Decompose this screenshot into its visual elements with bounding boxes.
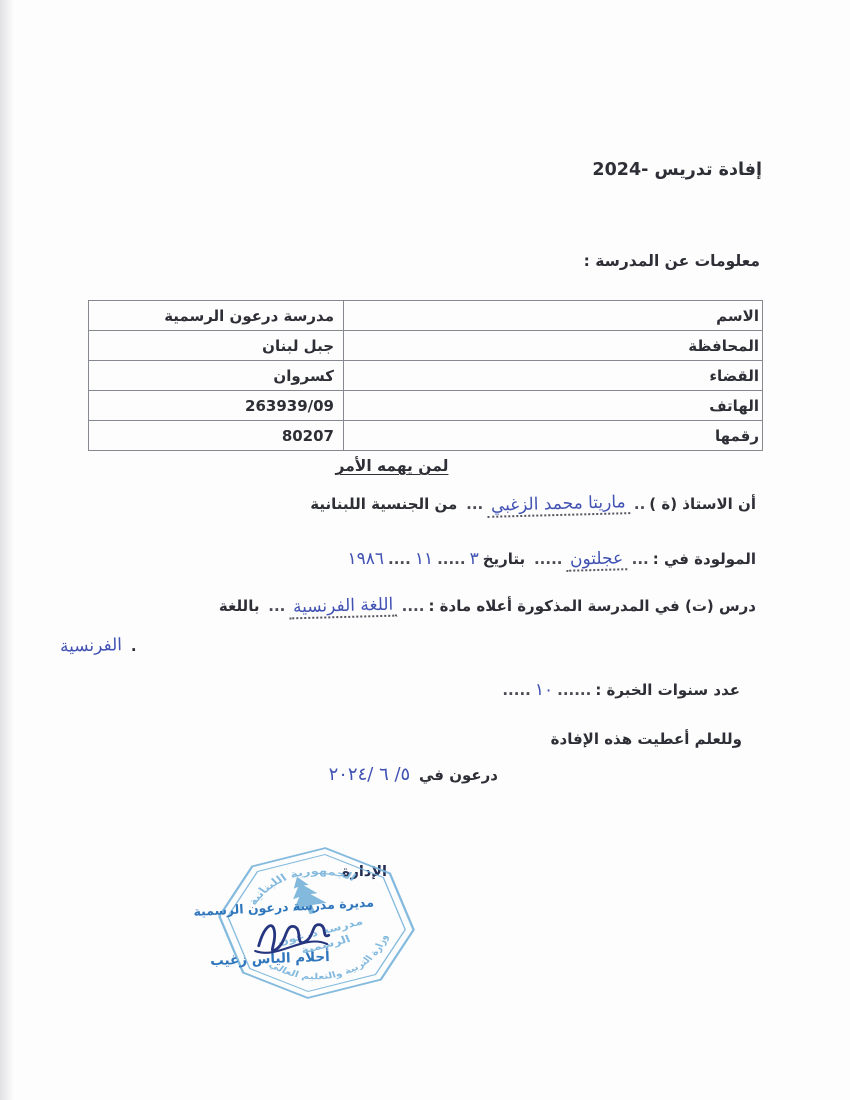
handwritten-birth-year: ١٩٨٦ bbox=[347, 549, 384, 569]
school-info-table: الاسم مدرسة درعون الرسمية المحافظة جبل ل… bbox=[88, 300, 763, 451]
scanned-document-page: إفادة تدريس -2024 معلومات عن المدرسة : ا… bbox=[0, 0, 850, 1100]
issue-place-label: درعون في bbox=[419, 766, 498, 784]
table-row: المحافظة جبل لبنان bbox=[89, 331, 763, 361]
signature-underline-stroke bbox=[255, 941, 327, 952]
experience-line-prefix: عدد سنوات الخبرة : bbox=[595, 681, 740, 699]
leader-dots: .... bbox=[388, 550, 411, 568]
handwritten-birth-month: ١١ bbox=[415, 549, 433, 569]
birth-line-prefix: المولودة في : bbox=[653, 550, 756, 568]
handwritten-subject: اللغة الفرنسية bbox=[289, 595, 398, 620]
row-label: الاسم bbox=[344, 301, 763, 331]
row-label: القضاء bbox=[344, 361, 763, 391]
row-value: كسروان bbox=[89, 361, 344, 391]
taught-line-suffix: باللغة bbox=[219, 597, 260, 615]
handwritten-birthplace: عجلتون bbox=[566, 548, 628, 572]
statement-line-teacher: أن الاستاذ (ة )..ماريتا محمد الزغبي... م… bbox=[308, 494, 758, 516]
birth-date-label: بتاريخ bbox=[483, 550, 525, 568]
statement-line-issuance: وللعلم أعطيت هذه الإفادة bbox=[551, 730, 742, 748]
table-row: القضاء كسروان bbox=[89, 361, 763, 391]
statement-line-language-continuation: . الفرنسية bbox=[58, 636, 139, 656]
handwritten-teacher-name: ماريتا محمد الزغبي bbox=[487, 492, 630, 518]
language-period: . bbox=[131, 637, 137, 655]
leader-dots: ... bbox=[632, 550, 649, 568]
leader-dots: ... bbox=[268, 597, 285, 615]
leader-dots: .... bbox=[402, 597, 425, 615]
issue-date-line: درعون في ٥/ ٦ /٢٠٢٤ bbox=[327, 764, 500, 785]
page-title: إفادة تدريس -2024 bbox=[592, 160, 762, 180]
handwritten-experience-years: ١٠ bbox=[535, 680, 553, 700]
leader-dots: ...... bbox=[557, 681, 591, 699]
row-value: 80207 bbox=[89, 421, 344, 451]
leader-dots: ..... bbox=[502, 681, 531, 699]
table-row: الهاتف 263939/09 bbox=[89, 391, 763, 421]
to-whom-heading: لمن يهمه الأمر bbox=[308, 457, 476, 475]
statement-line-experience: عدد سنوات الخبرة :......١٠..... bbox=[500, 680, 742, 700]
row-label: رقمها bbox=[344, 421, 763, 451]
statement-line-subject: درس (ت) في المدرسة المذكورة أعلاه مادة :… bbox=[217, 596, 758, 618]
handwritten-birth-day: ٣ bbox=[470, 549, 479, 569]
leader-dots: .. bbox=[634, 495, 645, 513]
leader-dots: ..... bbox=[437, 550, 466, 568]
teacher-line-suffix: من الجنسية اللبنانية bbox=[310, 495, 457, 513]
table-row: رقمها 80207 bbox=[89, 421, 763, 451]
row-value: جبل لبنان bbox=[89, 331, 344, 361]
table-row: الاسم مدرسة درعون الرسمية bbox=[89, 301, 763, 331]
handwritten-issue-date: ٥/ ٦ /٢٠٢٤ bbox=[329, 764, 411, 785]
principal-signature bbox=[246, 916, 338, 958]
leader-dots: ... bbox=[466, 495, 483, 513]
row-value: 263939/09 bbox=[89, 391, 344, 421]
row-label: المحافظة bbox=[344, 331, 763, 361]
row-value: مدرسة درعون الرسمية bbox=[89, 301, 344, 331]
leader-dots: ..... bbox=[534, 550, 563, 568]
taught-line-prefix: درس (ت) في المدرسة المذكورة أعلاه مادة : bbox=[428, 597, 756, 615]
teacher-line-prefix: أن الاستاذ (ة ) bbox=[649, 495, 756, 513]
handwritten-language: الفرنسية bbox=[60, 635, 123, 657]
statement-line-birth: المولودة في :...عجلتون..... بتاريخ٣.....… bbox=[345, 549, 758, 571]
school-info-heading: معلومات عن المدرسة : bbox=[584, 252, 760, 270]
row-label: الهاتف bbox=[344, 391, 763, 421]
